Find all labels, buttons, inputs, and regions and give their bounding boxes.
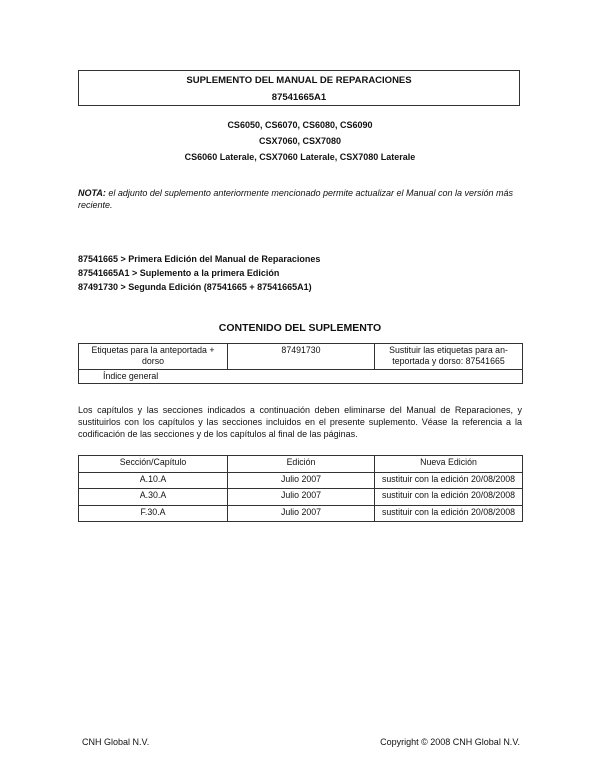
edition-line-3: 87491730 > Segunda Edición (87541665 + 8… — [78, 282, 522, 292]
edition-cell: Julio 2007 — [228, 489, 375, 506]
instructions-paragraph: Los capítulos y las secciones indicados … — [78, 404, 522, 440]
contents-item: Etiquetas para la anteportada + dorso — [79, 344, 228, 370]
footer-company: CNH Global N.V. — [82, 737, 149, 747]
contents-title: CONTENIDO DEL SUPLEMENTO — [78, 322, 522, 334]
table-row: A.10.A Julio 2007 sustituir con la edici… — [79, 472, 523, 489]
edition-line-1: 87541665 > Primera Edición del Manual de… — [78, 254, 522, 264]
column-header: Sección/Capítulo — [79, 456, 228, 473]
title-box: SUPLEMENTO DEL MANUAL DE REPARACIONES 87… — [78, 70, 520, 106]
column-header: Nueva Edición — [375, 456, 523, 473]
note-label: NOTA: — [78, 188, 106, 198]
contents-action: Sustituir las etiquetas para an-teportad… — [375, 344, 523, 370]
models-line-3: CS6060 Laterale, CSX7060 Laterale, CSX70… — [78, 152, 522, 162]
models-line-1: CS6050, CS6070, CS6080, CS6090 — [78, 120, 522, 130]
note: NOTA: el adjunto del suplemento anterior… — [78, 187, 522, 211]
edition-line-2: 87541665A1 > Suplemento a la primera Edi… — [78, 268, 522, 278]
document-title: SUPLEMENTO DEL MANUAL DE REPARACIONES — [79, 75, 519, 86]
column-header: Edición — [228, 456, 375, 473]
section-cell: F.30.A — [79, 505, 228, 522]
models-line-2: CSX7060, CSX7080 — [78, 136, 522, 146]
section-cell: A.30.A — [79, 489, 228, 506]
note-text: el adjunto del suplemento anteriormente … — [78, 188, 513, 210]
new-edition-cell: sustituir con la edición 20/08/2008 — [375, 472, 523, 489]
table-row: Etiquetas para la anteportada + dorso 87… — [79, 344, 523, 370]
edition-cell: Julio 2007 — [228, 505, 375, 522]
table-row: Índice general — [79, 370, 523, 384]
new-edition-cell: sustituir con la edición 20/08/2008 — [375, 489, 523, 506]
document-code: 87541665A1 — [79, 92, 519, 103]
new-edition-cell: sustituir con la edición 20/08/2008 — [375, 505, 523, 522]
edition-cell: Julio 2007 — [228, 472, 375, 489]
section-cell: A.10.A — [79, 472, 228, 489]
table-row: A.30.A Julio 2007 sustituir con la edici… — [79, 489, 523, 506]
table-row: F.30.A Julio 2007 sustituir con la edici… — [79, 505, 523, 522]
table-header-row: Sección/Capítulo Edición Nueva Edición — [79, 456, 523, 473]
sections-table: Sección/Capítulo Edición Nueva Edición A… — [78, 455, 523, 522]
contents-code: 87491730 — [228, 344, 375, 370]
contents-table: Etiquetas para la anteportada + dorso 87… — [78, 343, 523, 384]
footer-copyright: Copyright © 2008 CNH Global N.V. — [380, 737, 520, 747]
contents-index-row: Índice general — [79, 370, 523, 384]
